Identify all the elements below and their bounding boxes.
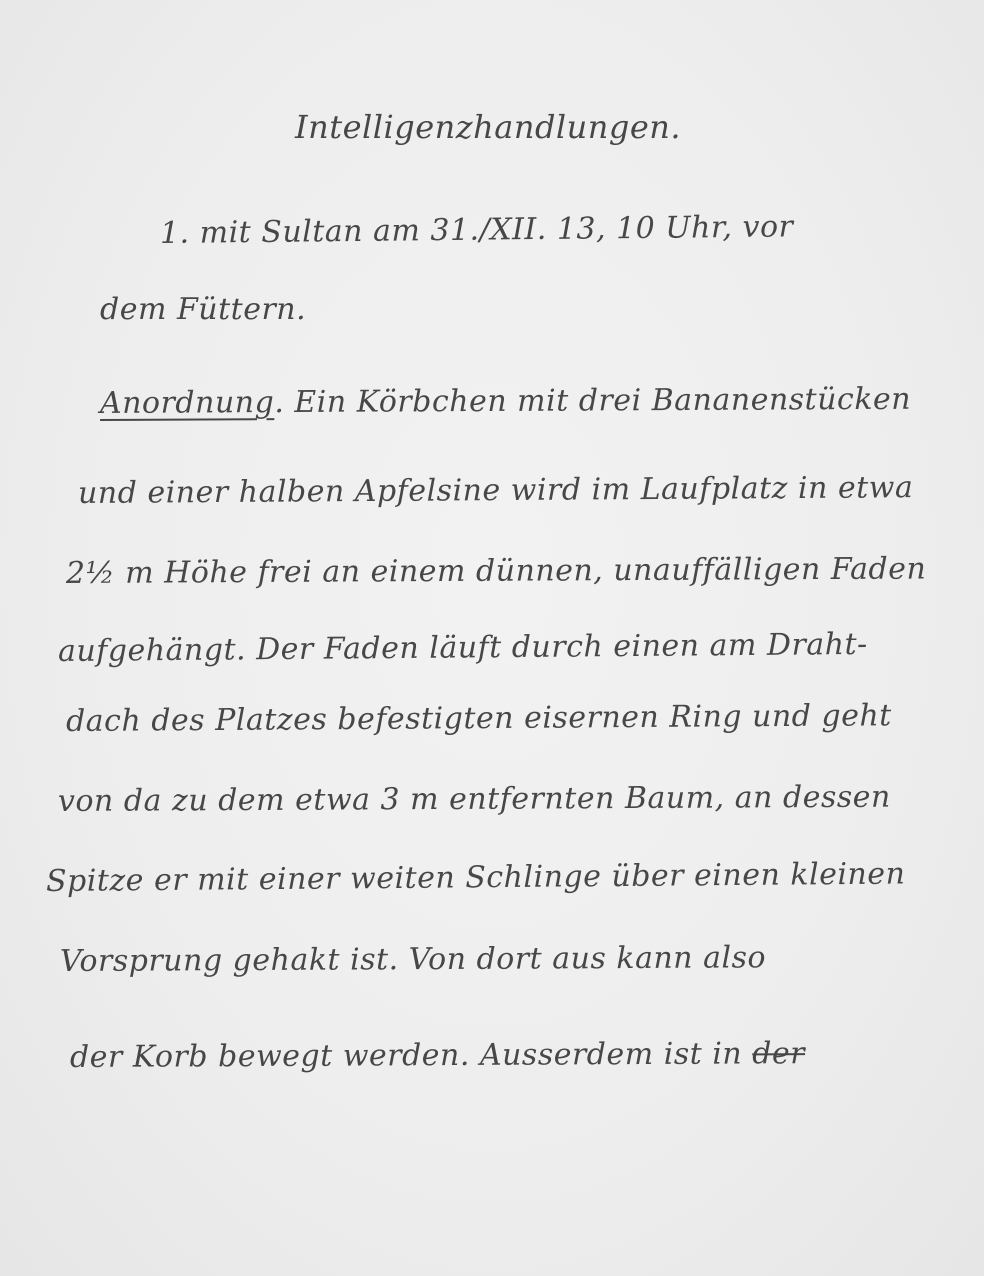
text-line-11-body: der Korb bewegt werden. Ausserdem ist in — [70, 1036, 742, 1075]
struck-word: der — [752, 1036, 805, 1071]
text-line-3: Anordnung. Ein Körbchen mit drei Bananen… — [100, 382, 911, 421]
text-line-10: Vorsprung gehakt ist. Von dort aus kann … — [60, 940, 766, 979]
text-line-6: aufgehängt. Der Faden läuft durch einen … — [58, 627, 868, 669]
section-heading: Anordnung — [100, 385, 274, 421]
text-line-3-body: . Ein Körbchen mit drei Bananenstücken — [274, 382, 911, 420]
manuscript-page: Intelligenzhandlungen. 1. mit Sultan am … — [0, 0, 984, 1276]
text-line-9: Spitze er mit einer weiten Schlinge über… — [46, 857, 906, 899]
text-line-11: der Korb bewegt werden. Ausserdem ist in… — [70, 1036, 805, 1075]
text-line-1: 1. mit Sultan am 31./XII. 13, 10 Uhr, vo… — [160, 209, 794, 251]
text-line-7: dach des Platzes befestigten eisernen Ri… — [66, 698, 892, 739]
text-line-5: 2½ m Höhe frei an einem dünnen, unauffäl… — [66, 551, 926, 591]
text-line-2: dem Füttern. — [100, 292, 306, 327]
text-line-4: und einer halben Apfelsine wird im Laufp… — [78, 470, 914, 511]
page-title: Intelligenzhandlungen. — [295, 108, 681, 146]
text-line-8: von da zu dem etwa 3 m entfernten Baum, … — [58, 780, 891, 819]
